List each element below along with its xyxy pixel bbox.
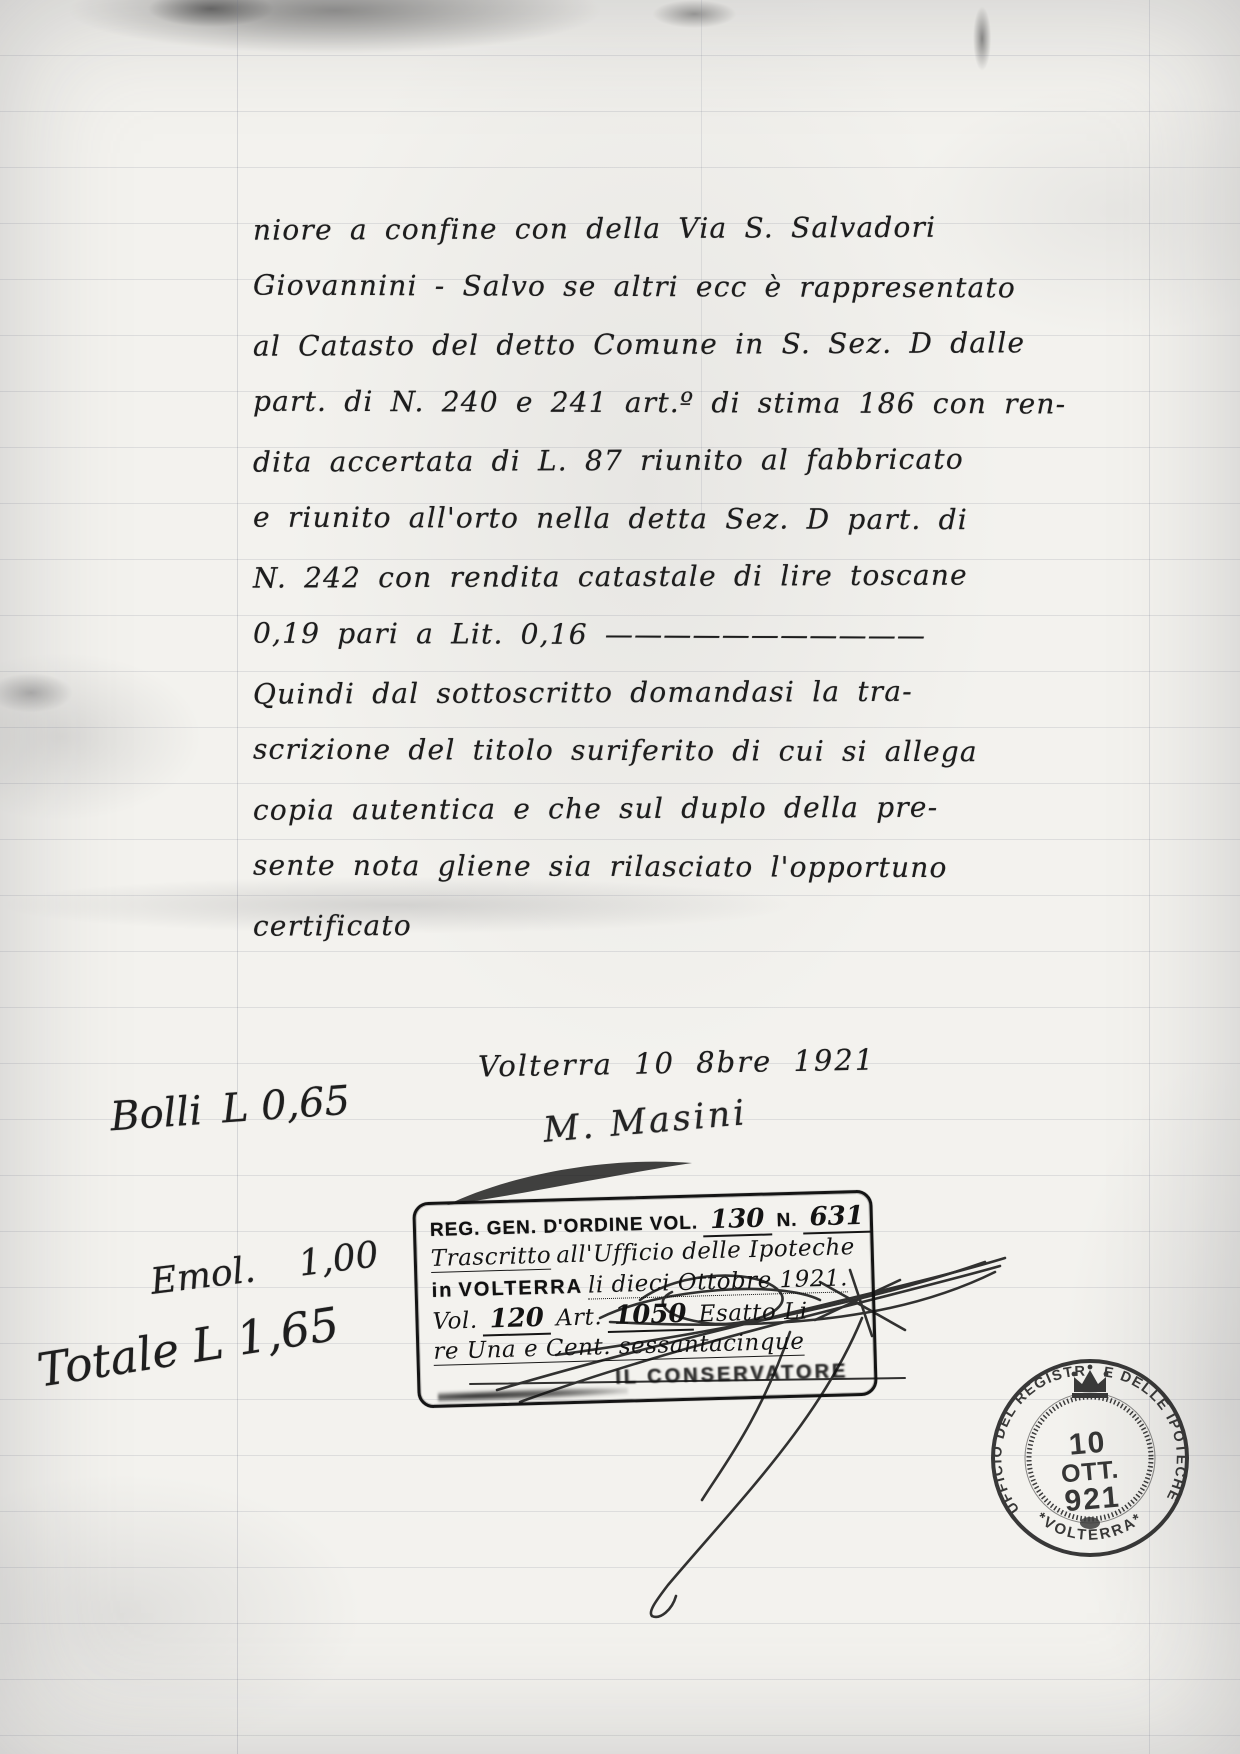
cost-row-bolli: BolliL 0,65 — [109, 1078, 352, 1141]
stamp-artwork: UFFICIO DEL REGISTRO E DELLE IPOTECHE *V… — [984, 1352, 1189, 1555]
round-office-stamp: UFFICIO DEL REGISTRO E DELLE IPOTECHE *V… — [984, 1352, 1196, 1564]
art-value: 1050 — [607, 1299, 694, 1333]
office-phrase: all'Ufficio delle Ipoteche — [556, 1234, 855, 1268]
cost-label: Totale — [34, 1322, 183, 1398]
manuscript-line: 0,19 pari a Lit. 0,16 ——————————— — [253, 605, 1013, 666]
manuscript-line: al Catasto del detto Comune in S. Sez. D… — [253, 314, 1013, 375]
cost-label: Emol. — [148, 1249, 257, 1302]
manuscript-line: certificato — [253, 894, 1013, 955]
manuscript-line: e riunito all'orto nella detta Sez. D pa… — [253, 489, 1013, 550]
manuscript-line: scrizione del titolo suriferito di cui s… — [253, 721, 1013, 782]
vol-label: Vol. — [432, 1308, 478, 1335]
manuscript-line: Quindi dal sottoscritto domandasi la tra… — [253, 662, 1013, 723]
manuscript-line: part. di N. 240 e 241 art.º di stima 186… — [253, 373, 1013, 434]
n-label: N. — [776, 1210, 798, 1232]
manuscript-body: niore a confine con della Via S. Salvado… — [253, 200, 1013, 954]
stamp-date: li dieci Ottobre 1921. — [588, 1265, 849, 1299]
cost-value: 1,00 — [296, 1234, 381, 1284]
in-label: in — [431, 1279, 453, 1302]
order-number: 631 — [802, 1201, 871, 1235]
cost-row-totale: TotaleL 1,65 — [34, 1297, 343, 1398]
conservatore-label: IL CONSERVATORE — [615, 1360, 849, 1389]
cost-label: Bolli — [109, 1088, 204, 1140]
stamp-date-year: 921 — [1063, 1481, 1122, 1519]
vertical-rule — [237, 0, 238, 1754]
registry-stamp-box: REG. GEN. D'ORDINE VOL. 130 N. 631 Trasc… — [412, 1190, 878, 1409]
trascritto-word: Trascritto — [430, 1243, 551, 1273]
manuscript-line: Giovannini - Salvo se altri ecc è rappre… — [253, 257, 1013, 318]
dateline: Volterra 10 8bre 1921 — [478, 1043, 876, 1084]
manuscript-line: dita accertata di L. 87 riunito al fabbr… — [253, 430, 1013, 491]
cost-row-emolumenti: Emol.1,00 — [148, 1234, 380, 1303]
cost-value: L 1,65 — [188, 1297, 342, 1373]
manuscript-line: sente nota gliene sia rilasciato l'oppor… — [253, 837, 1013, 898]
esatto-phrase: Esatto Li — [698, 1298, 808, 1327]
ink-blot — [1080, 1517, 1100, 1529]
scanned-document-page: niore a confine con della Via S. Salvado… — [0, 0, 1240, 1754]
signature: M. Masini — [542, 1093, 749, 1151]
art-label: Art. — [556, 1304, 603, 1331]
vol-value: 120 — [482, 1303, 551, 1337]
manuscript-line: N. 242 con rendita catastale di lire tos… — [253, 546, 1013, 607]
manuscript-line: copia autentica e che sul duplo della pr… — [253, 778, 1013, 839]
volume-number: 130 — [703, 1203, 772, 1237]
cost-value: L 0,65 — [220, 1078, 351, 1133]
manuscript-line: niore a confine con della Via S. Salvado… — [253, 198, 1013, 259]
city-name: VOLTERRA — [458, 1276, 583, 1301]
